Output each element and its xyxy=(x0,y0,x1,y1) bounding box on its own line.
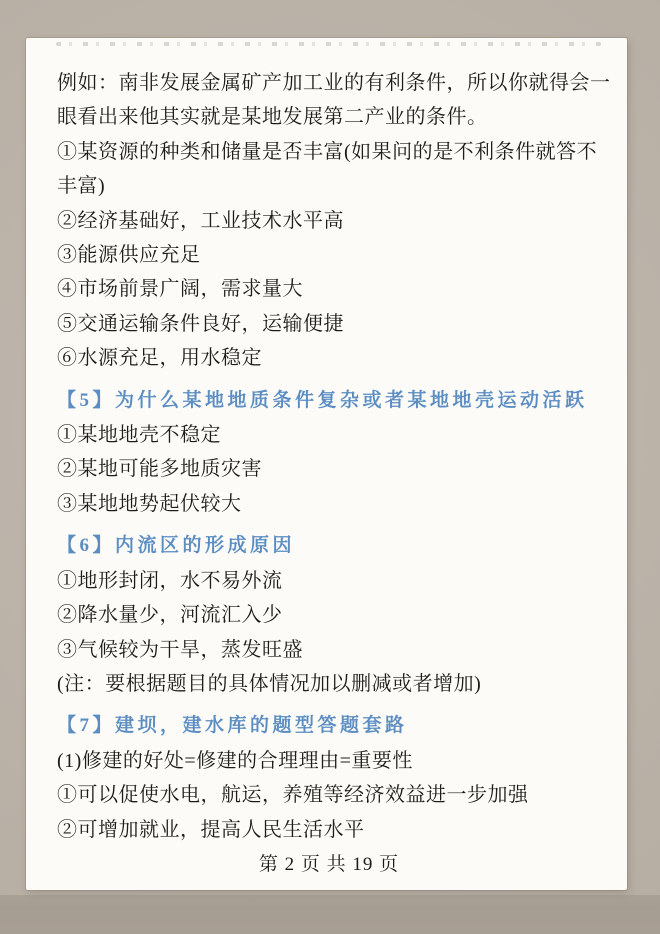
desk-lower-band xyxy=(0,895,660,934)
list-item-line: ③某地地势起伏较大 xyxy=(57,487,601,521)
document-page: 例如：南非发展金属矿产加工业的有利条件，所以你就得会一 眼看出来他其实就是某地发… xyxy=(26,38,627,890)
list-item-line: 丰富) xyxy=(57,169,601,203)
page-number-footer: 第 2 页 共 19 页 xyxy=(57,848,601,882)
list-item-line: (1)修建的好处=修建的合理理由=重要性 xyxy=(57,744,601,778)
note-line: (注：要根据题目的具体情况加以删减或者增加) xyxy=(57,667,601,701)
list-item-line: ③能源供应充足 xyxy=(57,238,601,272)
list-item-line: ①某资源的种类和储量是否丰富(如果问的是不利条件就答不 xyxy=(57,135,601,169)
section-heading-7: 【7】建坝，建水库的题型答题套路 xyxy=(57,709,601,743)
list-item-line: ②降水量少，河流汇入少 xyxy=(57,598,601,632)
list-item-line: ①地形封闭，水不易外流 xyxy=(57,564,601,598)
list-item-line: ①某地地壳不稳定 xyxy=(57,418,601,452)
list-item-line: ⑤交通运输条件良好，运输便捷 xyxy=(57,307,601,341)
list-item-line: ②某地可能多地质灾害 xyxy=(57,452,601,486)
list-item-line: ③气候较为干旱，蒸发旺盛 xyxy=(57,633,601,667)
section-heading-5: 【5】为什么某地地质条件复杂或者某地地壳运动活跃 xyxy=(57,384,601,418)
list-item-line: ⑥水源充足，用水稳定 xyxy=(57,341,601,375)
list-item-line: ②可增加就业，提高人民生活水平 xyxy=(57,813,601,847)
paragraph-line: 眼看出来他其实就是某地发展第二产业的条件。 xyxy=(57,100,601,134)
list-item-line: ②经济基础好，工业技术水平高 xyxy=(57,204,601,238)
paragraph-line: 例如：南非发展金属矿产加工业的有利条件，所以你就得会一 xyxy=(57,66,601,100)
section-heading-6: 【6】内流区的形成原因 xyxy=(57,529,601,563)
list-item-line: ④市场前景广阔，需求量大 xyxy=(57,272,601,306)
document-body: 例如：南非发展金属矿产加工业的有利条件，所以你就得会一 眼看出来他其实就是某地发… xyxy=(26,38,627,882)
list-item-line: ①可以促使水电，航运，养殖等经济效益进一步加强 xyxy=(57,778,601,812)
